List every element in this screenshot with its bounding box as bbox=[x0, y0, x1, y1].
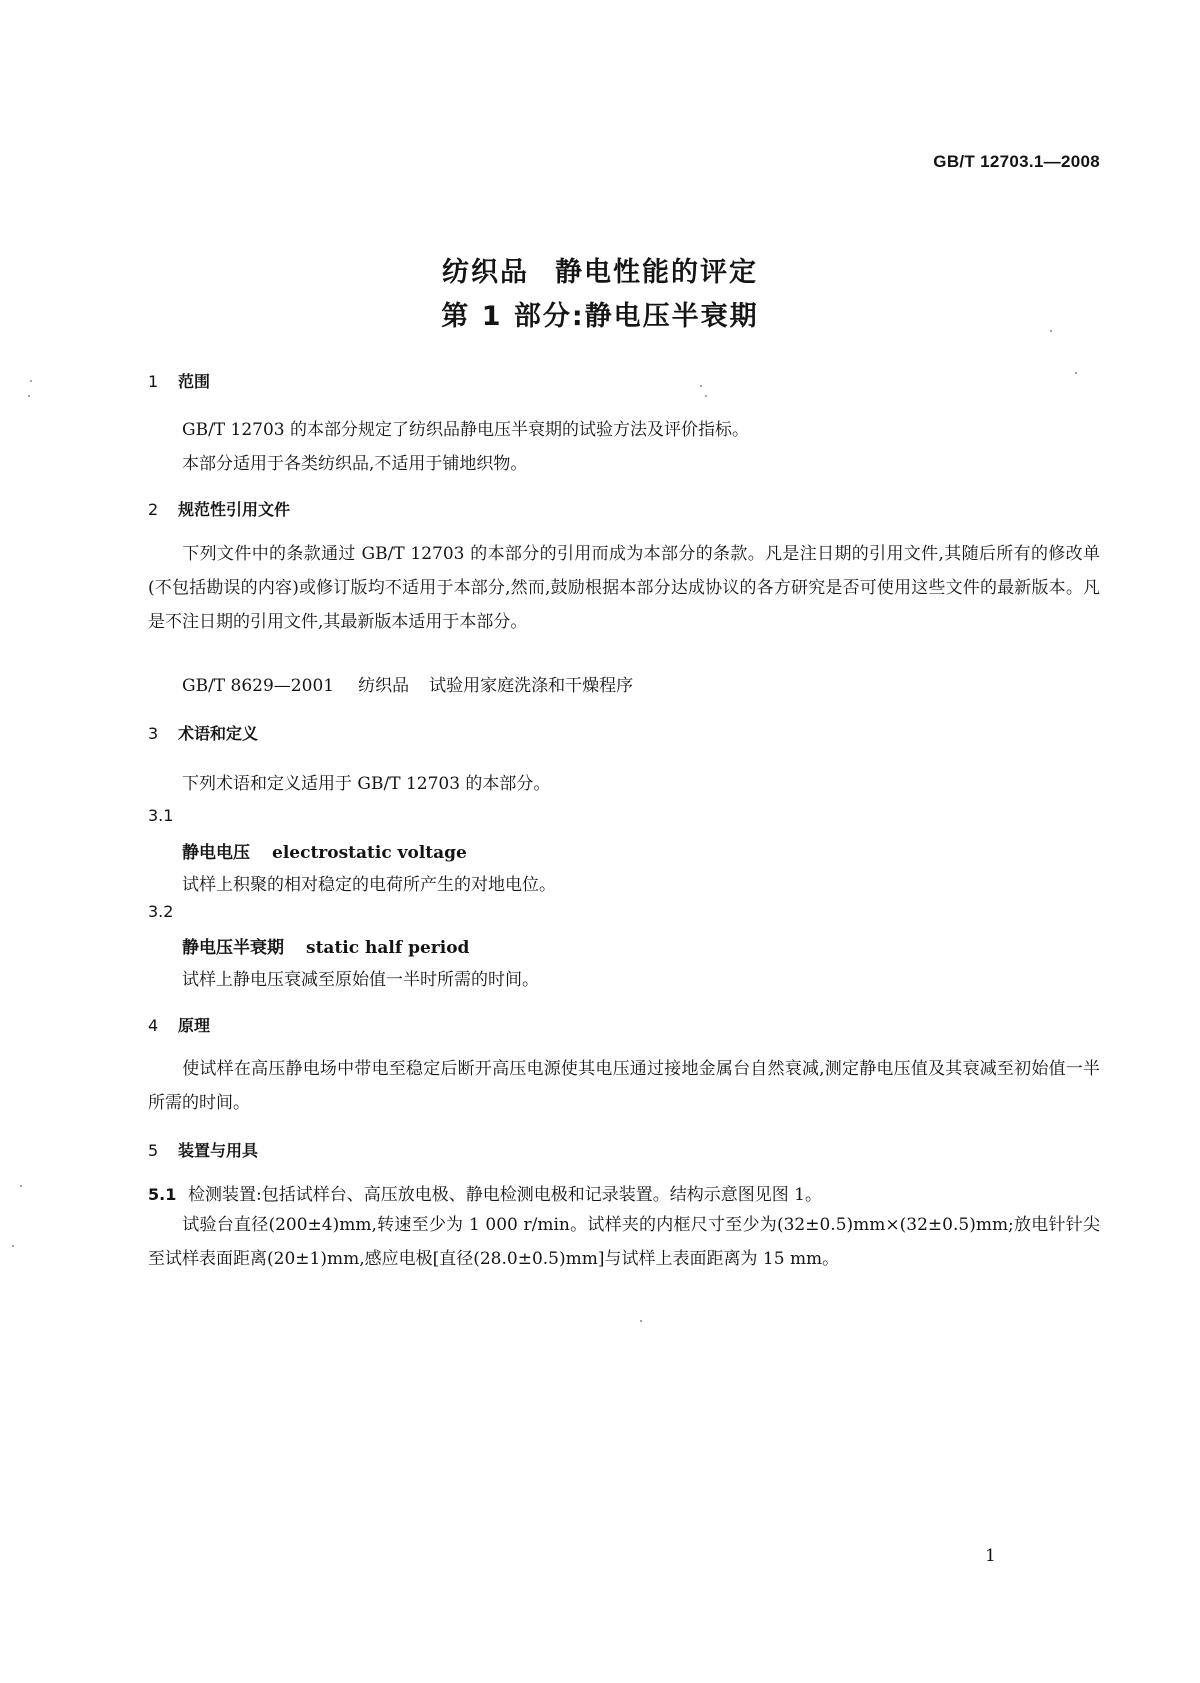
section-number: 5 bbox=[148, 1141, 178, 1160]
section-heading-apparatus: 5装置与用具 bbox=[148, 1138, 258, 1161]
term-en: electrostatic voltage bbox=[272, 843, 467, 863]
title-category: 纺织品 bbox=[442, 257, 529, 288]
scope-paragraph-1: GB/T 12703 的本部分规定了纺织品静电压半衰期的试验方法及评价指标。 bbox=[182, 415, 749, 440]
principle-paragraph: 使试样在高压静电场中带电至稳定后断开高压电源使其电压通过接地金属台自然衰减,测定… bbox=[148, 1052, 1100, 1120]
term-definition-3-2: 试样上静电压衰减至原始值一半时所需的时间。 bbox=[182, 965, 539, 990]
section-number: 4 bbox=[148, 1016, 178, 1035]
clause-number: 5.1 bbox=[148, 1185, 188, 1204]
scan-speck bbox=[12, 1245, 14, 1247]
section-heading-normative-references: 2规范性引用文件 bbox=[148, 497, 290, 520]
section-title: 装置与用具 bbox=[178, 1141, 258, 1160]
section-heading-principle: 4原理 bbox=[148, 1013, 210, 1036]
terms-intro: 下列术语和定义适用于 GB/T 12703 的本部分。 bbox=[182, 769, 550, 794]
section-number: 2 bbox=[148, 500, 178, 519]
term-zh: 静电压半衰期 bbox=[182, 938, 284, 958]
term-3-1: 静电电压electrostatic voltage bbox=[182, 838, 467, 863]
scan-speck bbox=[30, 380, 32, 382]
section-title: 规范性引用文件 bbox=[178, 500, 290, 519]
document-title-line1: 纺织品静电性能的评定 bbox=[0, 250, 1200, 289]
term-number-3-1: 3.1 bbox=[148, 806, 173, 825]
page-number: 1 bbox=[985, 1546, 996, 1566]
scan-speck bbox=[640, 1320, 642, 1322]
term-definition-3-1: 试样上积聚的相对稳定的电荷所产生的对地电位。 bbox=[182, 870, 556, 895]
normative-references-paragraph: 下列文件中的条款通过 GB/T 12703 的本部分的引用而成为本部分的条款。凡… bbox=[148, 537, 1100, 639]
reference-code: GB/T 8629—2001 bbox=[182, 676, 334, 696]
scope-paragraph-2: 本部分适用于各类纺织品,不适用于铺地织物。 bbox=[182, 449, 527, 474]
scan-speck bbox=[1075, 372, 1077, 374]
section-title: 范围 bbox=[178, 372, 210, 391]
clause-5-1-lead: 5.1检测装置:包括试样台、高压放电极、静电检测电极和记录装置。结构示意图见图 … bbox=[148, 1180, 822, 1205]
scan-speck bbox=[28, 395, 30, 397]
term-en: static half period bbox=[306, 938, 469, 958]
reference-item: GB/T 8629—2001纺织品试验用家庭洗涤和干燥程序 bbox=[182, 671, 633, 696]
document-title-line2: 第 1 部分:静电压半衰期 bbox=[0, 294, 1200, 333]
term-3-2: 静电压半衰期static half period bbox=[182, 933, 469, 958]
scan-speck bbox=[1050, 330, 1052, 332]
section-title: 原理 bbox=[178, 1016, 210, 1035]
section-heading-terms: 3术语和定义 bbox=[148, 721, 258, 744]
term-number-3-2: 3.2 bbox=[148, 902, 173, 921]
section-title: 术语和定义 bbox=[178, 724, 258, 743]
standard-code: GB/T 12703.1—2008 bbox=[933, 152, 1100, 172]
document-page: GB/T 12703.1—2008 纺织品静电性能的评定 第 1 部分:静电压半… bbox=[0, 0, 1200, 1683]
term-zh: 静电电压 bbox=[182, 843, 250, 863]
scan-speck bbox=[700, 385, 702, 387]
reference-title-a: 纺织品 bbox=[358, 676, 409, 696]
section-heading-scope: 1范围 bbox=[148, 369, 210, 392]
scan-speck bbox=[20, 1185, 22, 1187]
scan-speck bbox=[705, 395, 707, 397]
reference-title-b: 试验用家庭洗涤和干燥程序 bbox=[429, 676, 633, 696]
title-subject: 静电性能的评定 bbox=[555, 257, 758, 288]
section-number: 1 bbox=[148, 372, 178, 391]
clause-5-1-body: 试验台直径(200±4)mm,转速至少为 1 000 r/min。试样夹的内框尺… bbox=[148, 1208, 1100, 1276]
section-number: 3 bbox=[148, 724, 178, 743]
